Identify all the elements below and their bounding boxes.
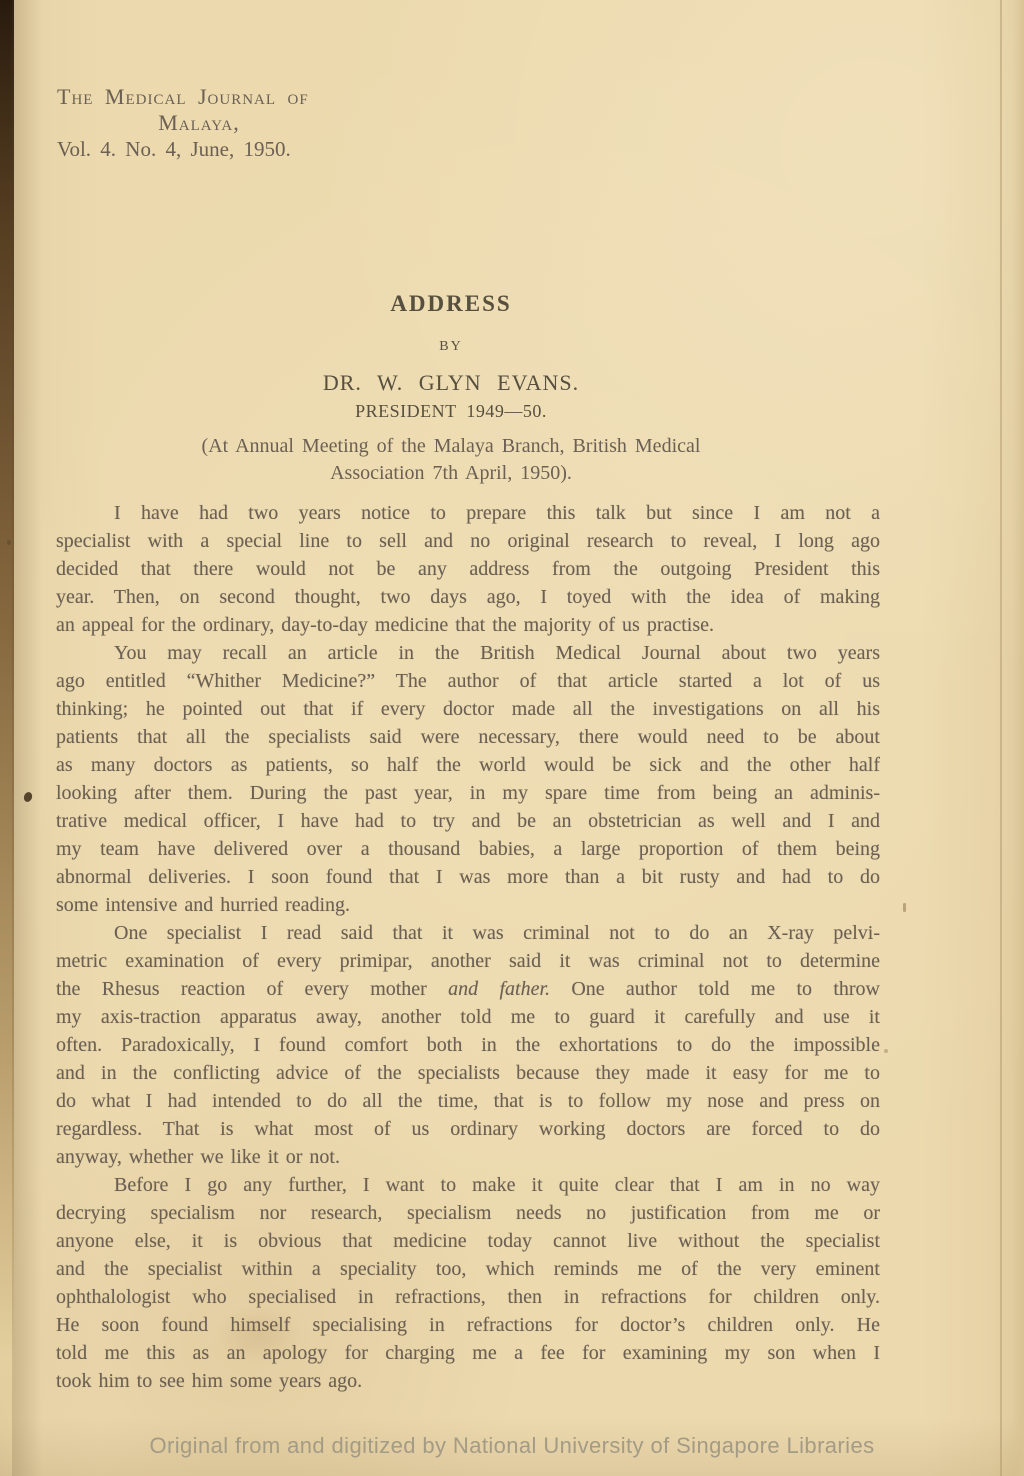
text-line: some intensive and hurried reading. xyxy=(56,891,880,919)
text-line: I have had two years notice to prepare t… xyxy=(56,499,880,527)
meeting-note-line2: Association 7th April, 1950). xyxy=(56,460,846,487)
text-line: as many doctors as patients, so half the… xyxy=(56,751,880,779)
text-line: year. Then, on second thought, two days … xyxy=(56,583,880,611)
text-line: looking after them. During the past year… xyxy=(56,779,880,807)
text-line: ago entitled “Whither Medicine?” The aut… xyxy=(56,667,880,695)
page-right-edge xyxy=(1012,0,1024,1476)
paper-speck xyxy=(903,903,906,912)
text-line: often. Paradoxically, I found comfort bo… xyxy=(56,1031,880,1059)
text-line: my axis-traction apparatus away, another… xyxy=(56,1003,880,1031)
paper-speck xyxy=(884,1049,888,1053)
paragraph-2: You may recall an article in the British… xyxy=(56,639,880,919)
journal-masthead: The Medical Journal of Malaya, Vol. 4. N… xyxy=(57,84,341,163)
scanned-page: The Medical Journal of Malaya, Vol. 4. N… xyxy=(0,0,1024,1476)
text-line: and in the conflicting advice of the spe… xyxy=(56,1059,880,1087)
text-line: You may recall an article in the British… xyxy=(56,639,880,667)
text-line: metric examination of every primipar, an… xyxy=(56,947,880,975)
page-edge-line xyxy=(1000,0,1002,1476)
text-line: decided that there would not be any addr… xyxy=(56,555,880,583)
journal-volume-line: Vol. 4. No. 4, June, 1950. xyxy=(57,136,341,163)
text-line: regardless. That is what most of us ordi… xyxy=(56,1115,880,1143)
paragraph-1: I have had two years notice to prepare t… xyxy=(56,499,880,639)
text-line: Before I go any further, I want to make … xyxy=(56,1171,880,1199)
text-line: anyone else, it is obvious that medicine… xyxy=(56,1227,880,1255)
text-line: told me this as an apology for charging … xyxy=(56,1339,880,1367)
article-body: I have had two years notice to prepare t… xyxy=(56,499,880,1395)
text-line: trative medical officer, I have had to t… xyxy=(56,807,880,835)
president-term: PRESIDENT 1949—50. xyxy=(56,401,846,421)
italic-phrase: and father. xyxy=(448,978,550,1000)
text-line: decrying specialism nor research, specia… xyxy=(56,1199,880,1227)
text-line: my team have delivered over a thousand b… xyxy=(56,835,880,863)
text-line: and the specialist within a speciality t… xyxy=(56,1255,880,1283)
text-line: an appeal for the ordinary, day-to-day m… xyxy=(56,611,880,639)
text-line: the Rhesus reaction of every mother and … xyxy=(56,975,880,1003)
journal-title-line1: The Medical Journal of xyxy=(57,84,341,110)
article-header: ADDRESS BY DR. W. GLYN EVANS. PRESIDENT … xyxy=(56,292,846,487)
meeting-note-line1: (At Annual Meeting of the Malaya Branch,… xyxy=(56,433,846,460)
paper-stain xyxy=(215,1305,305,1365)
author-name: DR. W. GLYN EVANS. xyxy=(56,371,846,395)
paragraph-3: One specialist I read said that it was c… xyxy=(56,919,880,1171)
text-line: thinking; he pointed out that if every d… xyxy=(56,695,880,723)
text-line: do what I had intended to do all the tim… xyxy=(56,1087,880,1115)
digitization-credit: Original from and digitized by National … xyxy=(0,1433,1024,1459)
journal-title-line2: Malaya, xyxy=(57,110,341,136)
text-line: anyway, whether we like it or not. xyxy=(56,1143,880,1171)
article-title: ADDRESS xyxy=(56,292,846,316)
binding-shadow xyxy=(12,0,42,1476)
byline-label: BY xyxy=(56,339,846,354)
text-line: ophthalologist who specialised in refrac… xyxy=(56,1283,880,1311)
paper-speck xyxy=(7,540,11,545)
text-line: took him to see him some years ago. xyxy=(56,1367,880,1395)
paragraph-4: Before I go any further, I want to make … xyxy=(56,1171,880,1395)
text-line: abnormal deliveries. I soon found that I… xyxy=(56,863,880,891)
text-line: One specialist I read said that it was c… xyxy=(56,919,880,947)
text-line: specialist with a special line to sell a… xyxy=(56,527,880,555)
text-line: patients that all the specialists said w… xyxy=(56,723,880,751)
text-line: He soon found himself specialising in re… xyxy=(56,1311,880,1339)
